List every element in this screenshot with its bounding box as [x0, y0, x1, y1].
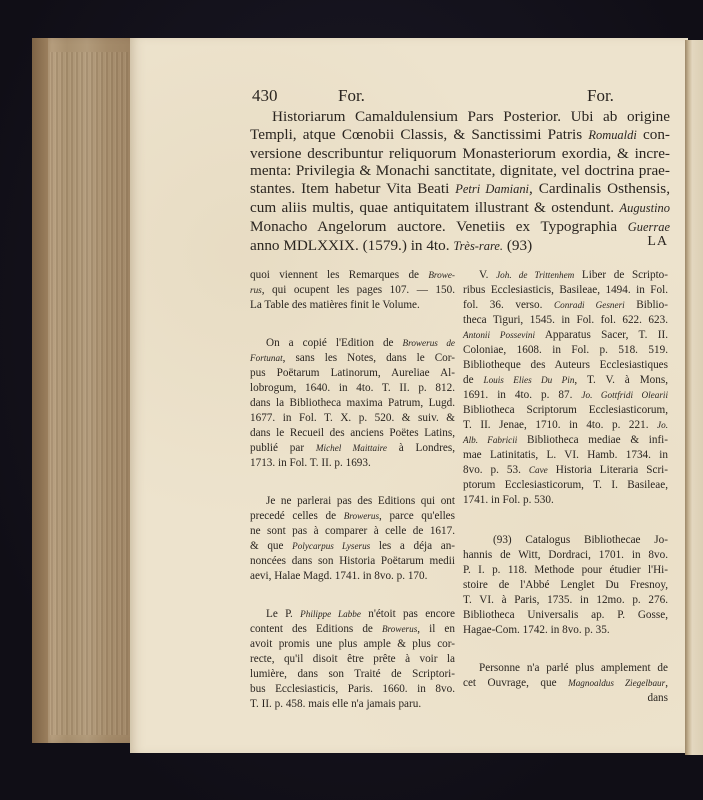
text-line: 1691. in 4to. p. 87. Jo. Gottfridi Olear…	[463, 388, 668, 403]
text-line: avoit promis une plus ample & plus cor-	[250, 637, 455, 652]
text-line: ne sont pas à comparer à celle de 1617.	[250, 524, 455, 539]
text-line: ribus Ecclesiasticis, Basileae, 1494. in…	[463, 283, 668, 298]
text-line: noncées dans son Historia Poëtarum medii	[250, 554, 455, 569]
text-line: stantes. Item habetur Vita Beati Petri D…	[250, 180, 670, 199]
catchword-dans: dans	[463, 691, 668, 706]
text-line: Monacho Angelorum auctore. Venetiis ex T…	[250, 218, 670, 237]
text-line: On a copié l'Edition de Browerus de	[250, 336, 455, 351]
text-line: Alb. Fabricii Bibliotheca mediae & infi-	[463, 433, 668, 448]
text-line: quoi viennent les Remarques de Browe-	[250, 268, 455, 283]
text-line: Bibliotheca Scriptorum Ecclesiasticorum,	[463, 403, 668, 418]
text-line: Bibliotheque des Auteurs Ecclesiastiques	[463, 358, 668, 373]
paragraph: Le P. Philippe Labbe n'étoit pas encore …	[250, 607, 455, 712]
page-fore-edge	[50, 52, 128, 735]
text-line: Bibliotheca Universalis ap. P. Gosse,	[463, 608, 668, 623]
left-page-stack	[32, 38, 132, 743]
text-line: mae Latinitatis, L. VI. Hamb. 1734. in	[463, 448, 668, 463]
text-line: & que Polycarpus Lyserus les a déja an-	[250, 539, 455, 554]
right-column: V. Joh. de Trittenhem Liber de Scripto- …	[463, 268, 668, 718]
text-line: bus Ecclesiasticis, Paris. 1660. in 8vo.	[250, 682, 455, 697]
book-cover-edge	[32, 38, 48, 743]
text-line: T. VI. à Paris, 1735. in 12mo. p. 276.	[463, 593, 668, 608]
text-line: recte, qu'il disoit être prête à voir la	[250, 652, 455, 667]
text-line: (93) Catalogus Bibliothecae Jo-	[463, 533, 668, 548]
text-line: La Table des matières finit le Volume.	[250, 298, 455, 313]
text-line: 1741. in Fol. p. 530.	[463, 493, 668, 508]
text-line: anno MDLXXIX. (1579.) in 4to. Très-rare.…	[250, 237, 670, 256]
text-line: theca Tiguri, 1545. in Fol. fol. 622. 62…	[463, 313, 668, 328]
text-line: content des Editions de Browerus, il en	[250, 622, 455, 637]
paragraph: quoi viennent les Remarques de Browe- ru…	[250, 268, 455, 313]
running-head-right: For.	[587, 86, 614, 106]
paragraph: V. Joh. de Trittenhem Liber de Scripto- …	[463, 268, 668, 508]
text-line: Personne n'a parlé plus amplement de	[463, 661, 668, 676]
footnote-93: (93) Catalogus Bibliothecae Jo- hannis d…	[463, 533, 668, 638]
text-line: menta: Privilegia & Monachi sanctitate, …	[250, 162, 670, 180]
text-line: pus Poëtarum Latinorum, Aureliae Al-	[250, 366, 455, 381]
paragraph: Personne n'a parlé plus amplement de cet…	[463, 661, 668, 706]
text-line: hannis de Witt, Dordraci, 1701. in 8vo.	[463, 548, 668, 563]
text-line: dans le Recueil des anciens Poëtes Latin…	[250, 426, 455, 441]
text-line: stoire de l'Abbé Lenglet Du Fresnoy,	[463, 578, 668, 593]
paragraph: Je ne parlerai pas des Editions qui ont …	[250, 494, 455, 584]
text-line: 1713. in Fol. T. II. p. 1693.	[250, 456, 455, 471]
text-line: publié par Michel Maittaire à Londres,	[250, 441, 455, 456]
text-line: de Louis Elies Du Pin, T. V. à Mons,	[463, 373, 668, 388]
text-line: Fortunat, sans les Notes, dans le Cor-	[250, 351, 455, 366]
text-line: 1677. in Fol. T. X. p. 520. & suiv. &	[250, 411, 455, 426]
text-line: T. II. p. 458. mais elle n'a jamais paru…	[250, 697, 455, 712]
text-line: aevi, Halae Magd. 1741. in 8vo. p. 170.	[250, 569, 455, 584]
running-head: 430 For. For.	[250, 86, 670, 106]
text-line: dans la Bibliotheca maxima Patrum, Lugd.	[250, 396, 455, 411]
right-page-edge	[685, 40, 703, 755]
page-number: 430	[252, 86, 278, 106]
left-column: quoi viennent les Remarques de Browe- ru…	[250, 268, 455, 724]
text-line: Historiarum Camaldulensium Pars Posterio…	[250, 108, 670, 126]
text-line: precedé celles de Browerus, parce qu'ell…	[250, 509, 455, 524]
text-line: cum aliis multis, quae antiquitatem illu…	[250, 199, 670, 218]
text-line: T. II. Jenae, 1710. in 4to. p. 221. Jo.	[463, 418, 668, 433]
text-line: fol. 36. verso. Conradi Gesneri Biblio-	[463, 298, 668, 313]
text-line: Hagae-Com. 1742. in 8vo. p. 35.	[463, 623, 668, 638]
main-entry-paragraph: Historiarum Camaldulensium Pars Posterio…	[250, 108, 670, 255]
text-line: lumière, dans son Traité de Scriptori-	[250, 667, 455, 682]
text-line: P. I. p. 118. Methode pour étudier l'Hi-	[463, 563, 668, 578]
text-line: Templi, atque Cœnobii Classis, & Sanctis…	[250, 126, 670, 145]
catchword: LA	[647, 234, 668, 250]
text-line: versione describuntur reliquorum Monaste…	[250, 145, 670, 163]
text-line: Je ne parlerai pas des Editions qui ont	[250, 494, 455, 509]
paragraph: On a copié l'Edition de Browerus de Fort…	[250, 336, 455, 471]
running-head-left: For.	[338, 86, 365, 106]
text-line: rus, qui ocupent les pages 107. — 150.	[250, 283, 455, 298]
text-line: ptorum Ecclesiasticorum, T. I. Basileae,	[463, 478, 668, 493]
text-line: lobrogum, 1640. in 4to. T. II. p. 812.	[250, 381, 455, 396]
text-line: cet Ouvrage, que Magnoaldus Ziegelbaur,	[463, 676, 668, 691]
text-line: Antonii Possevini Apparatus Sacer, T. II…	[463, 328, 668, 343]
text-line: Le P. Philippe Labbe n'étoit pas encore	[250, 607, 455, 622]
text-line: Coloniae, 1608. in Fol. p. 518. 519.	[463, 343, 668, 358]
text-line: V. Joh. de Trittenhem Liber de Scripto-	[463, 268, 668, 283]
text-line: 8vo. p. 53. Cave Historia Literaria Scri…	[463, 463, 668, 478]
